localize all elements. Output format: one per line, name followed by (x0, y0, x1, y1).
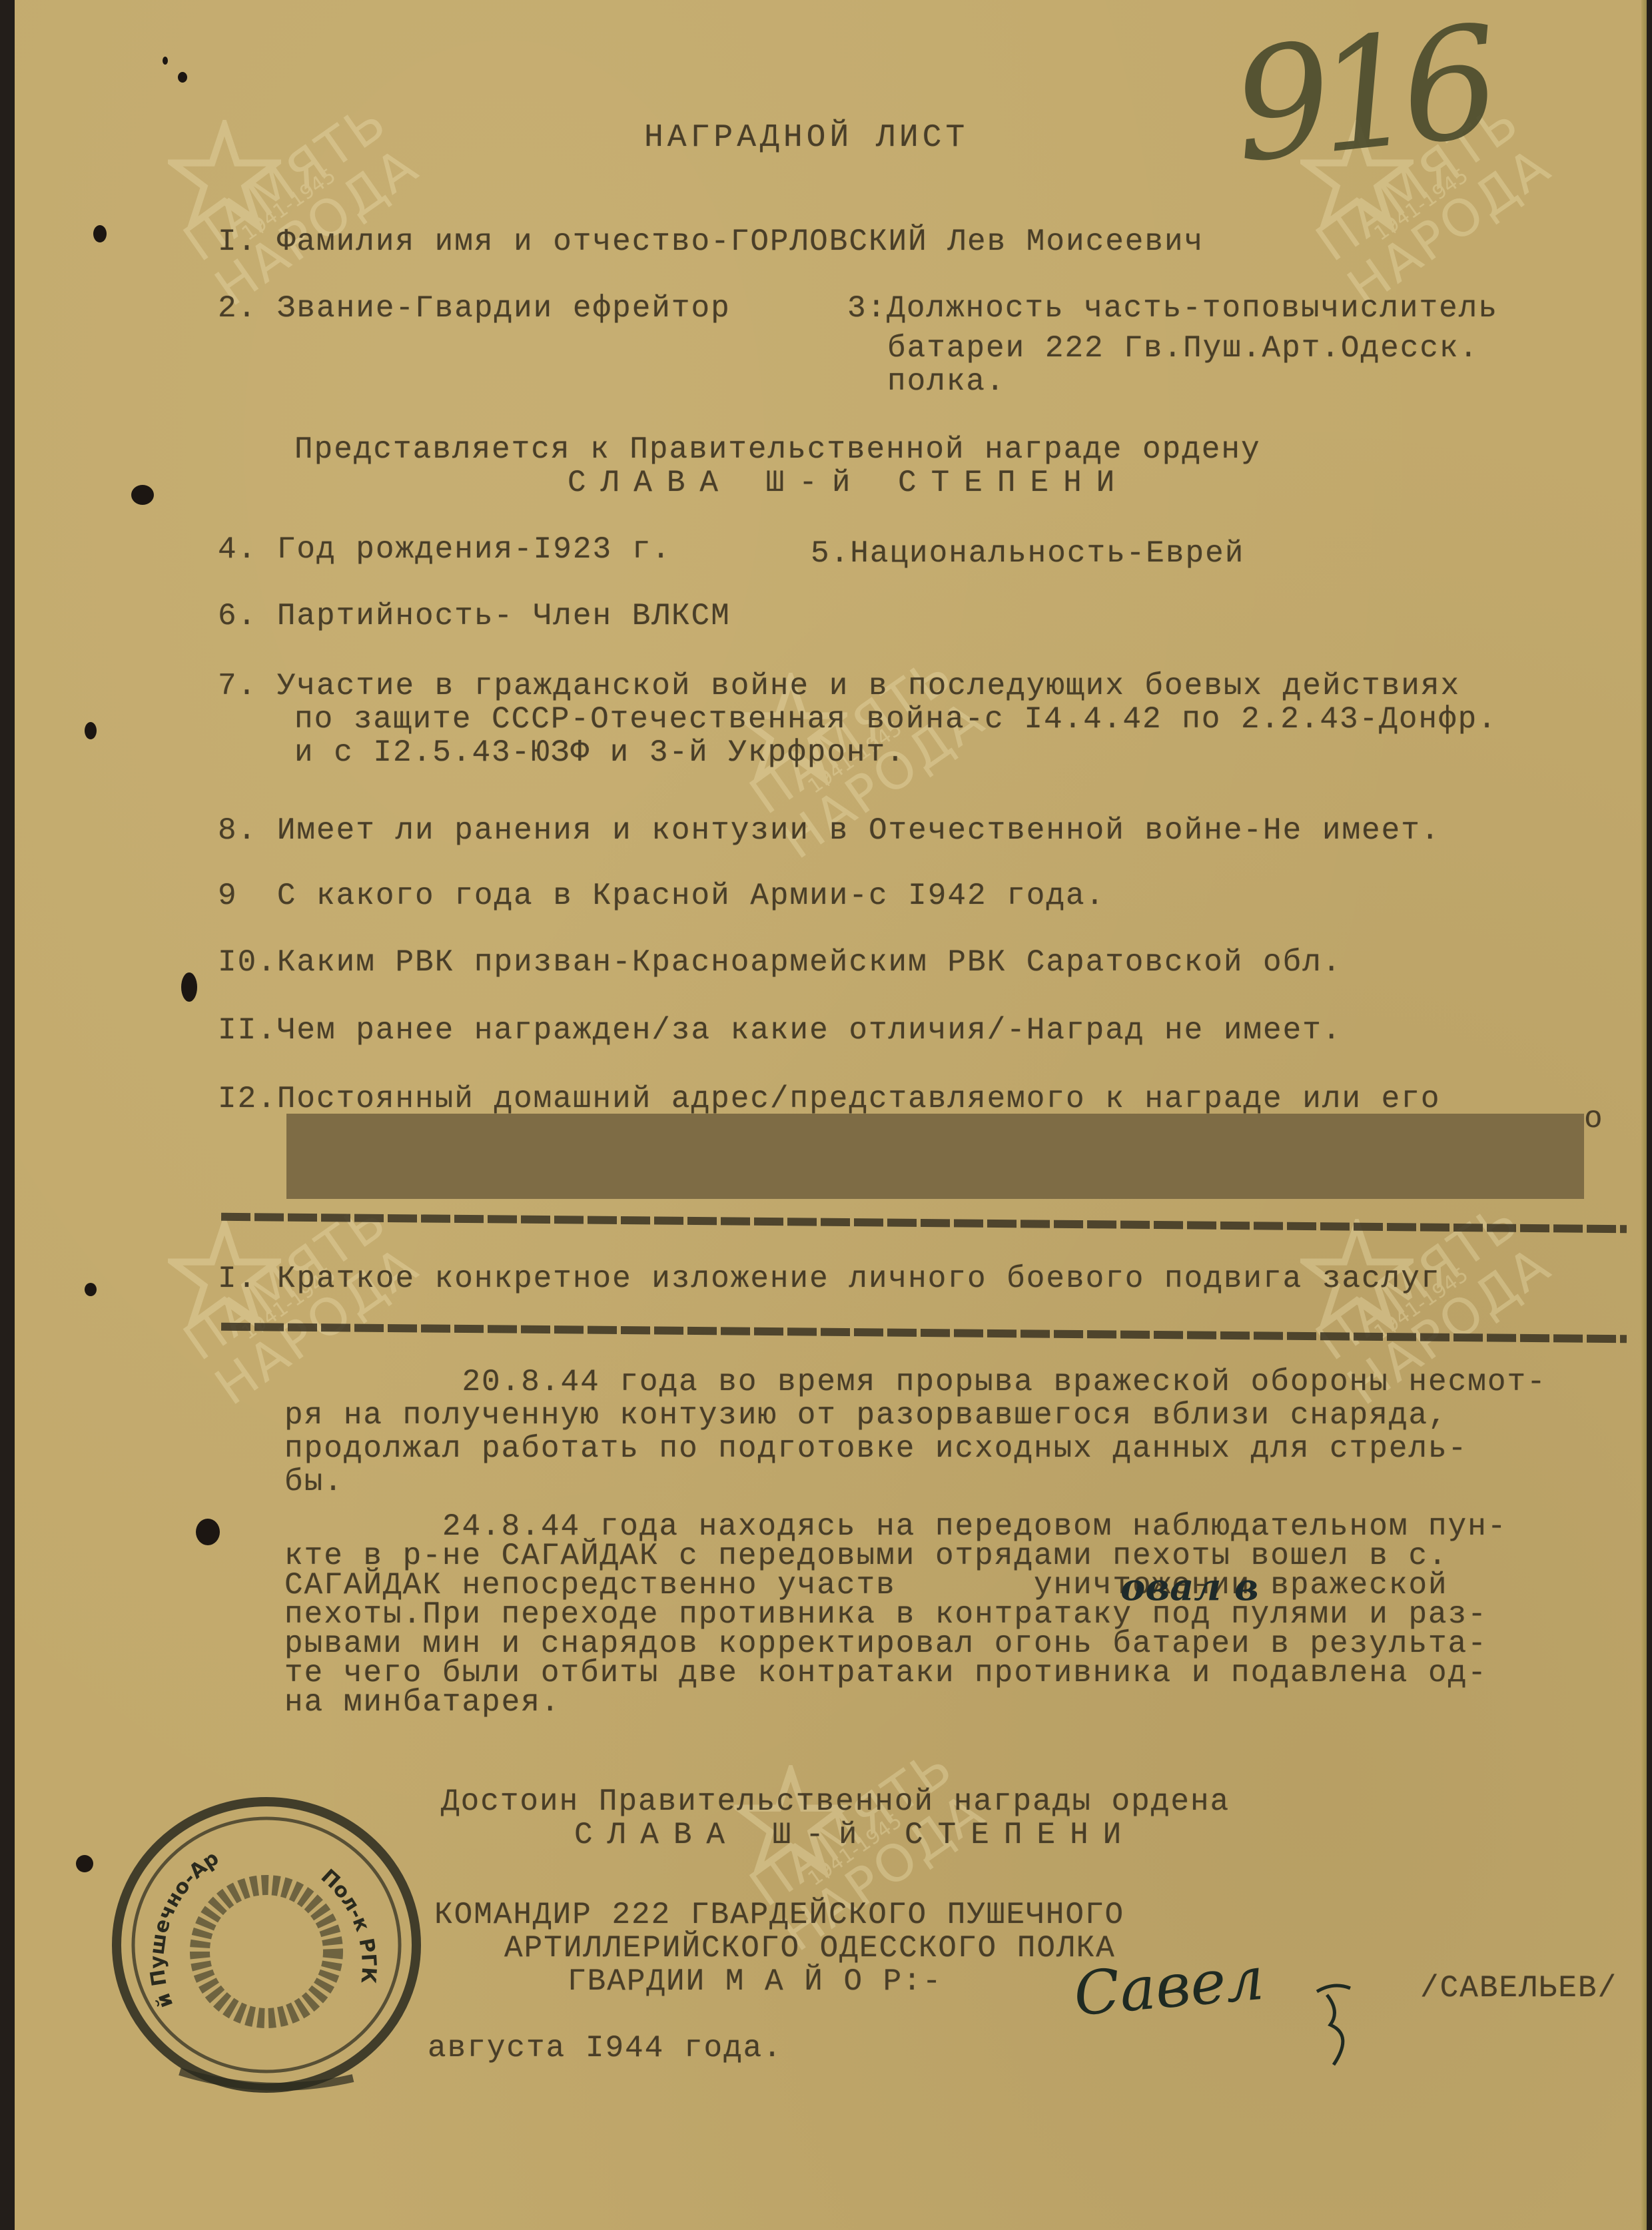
field-home-address-tail: о (1584, 1102, 1604, 1136)
punch-hole (85, 1283, 97, 1296)
punch-hole (93, 225, 107, 242)
award-sheet-page: 1941-1945 ПАМЯТЬНАРОДА 1941-1945 ПАМЯТЬН… (15, 0, 1647, 2230)
field-army-since: 9 С какого года в Красной Армии-с I942 г… (218, 879, 1105, 913)
field-wounds: 8. Имеет ли ранения и контузии в Отечест… (218, 814, 1440, 847)
signatory-name: /САВЕЛЬЕВ/ (1420, 1972, 1617, 2005)
nomination-text: Представляется к Правительственной награ… (294, 433, 1261, 466)
dashed-rule-bottom (221, 1323, 1627, 1343)
punch-hole (85, 722, 97, 739)
ink-blot (196, 1519, 220, 1545)
commander-title-line2: АРТИЛЛЕРИЙСКОГО ОДЕССКОГО ПОЛКА (504, 1932, 1116, 1965)
field-previous-awards: II.Чем ранее награжден/за какие отличия/… (218, 1014, 1342, 1047)
field-birth-year: 4. Год рождения-I923 г. (218, 533, 671, 566)
handwritten-correction: овал в (1120, 1565, 1259, 1609)
star-icon (168, 120, 281, 233)
regiment-seal-stamp: й Пушечно-Ар Пол-к РГК (100, 1785, 440, 2118)
document-title: НАГРАДНОЙ ЛИСТ (644, 121, 969, 155)
signature-flourish (1314, 1972, 1414, 2071)
field-position-line1: 3:Должность часть-топовычислитель (847, 292, 1498, 325)
document-date: августа I944 года. (428, 2032, 783, 2065)
narrative-paragraph-1: 20.8.44 года во время прорыва вражеской … (284, 1365, 1547, 1499)
ink-blot (131, 485, 154, 505)
field-full-name: I. Фамилия имя и отчество-ГОРЛОВСКИЙ Лев… (218, 225, 1204, 258)
field-combat-participation-line3: и с I2.5.43-ЮЗФ и 3-й Укрфронт. (294, 736, 906, 769)
redacted-address-block (286, 1114, 1584, 1199)
narrative-paragraph-2: 24.8.44 года находясь на передовом наблю… (284, 1512, 1507, 1717)
field-nationality: 5.Национальность-Еврей (811, 537, 1244, 570)
nomination-order: СЛАВА Ш-й СТЕПЕНИ (568, 466, 1129, 500)
dashed-rule-top (221, 1213, 1627, 1233)
field-home-address: I2.Постоянный домашний адрес/представляе… (218, 1082, 1440, 1116)
ink-blot (181, 972, 197, 1002)
field-position-line2: батареи 222 Гв.Пуш.Арт.Одесск. (887, 332, 1479, 365)
field-conscription-office: I0.Каким РВК призван-Красноармейским РВК… (218, 946, 1342, 979)
archive-number: 916 (1225, 0, 1495, 197)
section-1-heading: I. Краткое конкретное изложение личного … (218, 1262, 1440, 1296)
conclusion-text: Достоин Правительственной награды ордена (441, 1785, 1230, 1818)
speck (163, 57, 168, 65)
punch-hole (76, 1855, 93, 1872)
field-rank: 2. Звание-Гвардии ефрейтор (218, 292, 731, 325)
field-combat-participation-line1: 7. Участие в гражданской войне и в после… (218, 669, 1460, 703)
commander-title-line3: ГВАРДИИ М А Й О Р:- (568, 1965, 943, 1998)
field-combat-participation-line2: по защите СССР-Отечественная война-с I4.… (294, 703, 1497, 736)
speck (178, 72, 187, 83)
page-edge (1641, 0, 1647, 2230)
conclusion-order: СЛАВА Ш-й СТЕПЕНИ (574, 1818, 1136, 1852)
field-party: 6. Партийность- Член ВЛКСМ (218, 599, 731, 633)
commander-title-line1: КОМАНДИР 222 ГВАРДЕЙСКОГО ПУШЕЧНОГО (434, 1898, 1124, 1932)
field-position-line3: полка. (887, 365, 1006, 398)
